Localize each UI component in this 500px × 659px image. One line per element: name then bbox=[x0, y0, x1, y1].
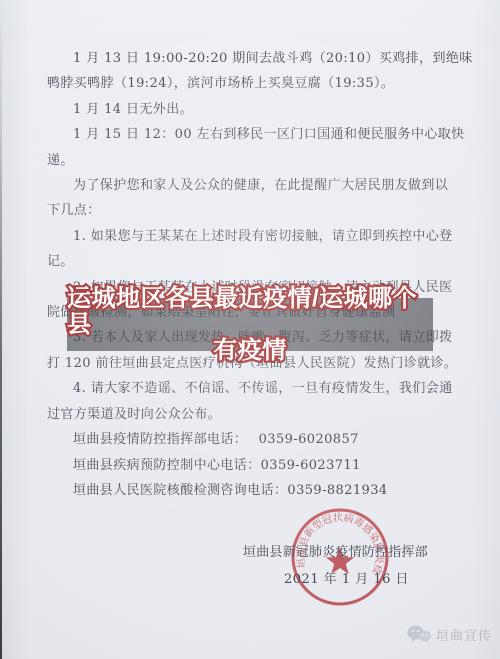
document-line: 1. 如果您与王某某在上述时段有密切接触，请立即到疾控中心登 bbox=[47, 224, 462, 249]
photo-edge bbox=[0, 0, 2, 659]
notice-body: 1 月 13 日 19:00-20:20 期间去战斗鸡（20:10）买鸡排，到绝… bbox=[47, 46, 462, 503]
document-line: 1 月 14 日无外出。 bbox=[47, 97, 462, 122]
stamp-issuer: 垣曲县新冠肺炎疫情防控指挥部 bbox=[243, 541, 433, 560]
wechat-icon bbox=[406, 624, 432, 644]
document-line: 垣曲县疫情防控指挥部电话： 0359-6020857 bbox=[47, 427, 462, 452]
document-line: 为了保护您和家人及公众的健康，在此提醒广大居民朋友做到以 bbox=[47, 173, 462, 198]
document-line: 递。 bbox=[47, 148, 462, 173]
headline-text: 有疫情 bbox=[213, 337, 287, 364]
document-line: 鸭脖买鸭脖（19:24），滨河市场桥上买臭豆腐（19:35）。 bbox=[47, 71, 462, 96]
document-line: 1 月 15 日 12：00 左右到移民一区门口国通和便民服务中心取快 bbox=[47, 122, 462, 147]
notice-photo: 1 月 13 日 19:00-20:20 期间去战斗鸡（20:10）买鸡排，到绝… bbox=[0, 0, 500, 659]
document-line: 记。 bbox=[47, 249, 462, 274]
watermark: 垣曲宣传 bbox=[406, 624, 492, 644]
headline-line-1: 运城地区各县最近疫情/运城哪个县 运城地区各县最近疫情/运城哪个县 bbox=[67, 286, 433, 338]
document-line: 过官方渠道及时向公众公布。 bbox=[47, 402, 462, 427]
watermark-label: 垣曲宣传 bbox=[436, 625, 492, 644]
document-line: 垣曲县疾病预防控制中心电话：0359-6023711 bbox=[47, 453, 462, 478]
document-line: 下几点： bbox=[47, 198, 462, 223]
headline-line-2: 有疫情 有疫情 bbox=[213, 338, 287, 364]
document-line: 垣曲县人民医院核酸检测咨询电话：0359-8821934 bbox=[47, 478, 462, 503]
document-line: 4. 请大家不造谣、不信谣、不传谣，一旦有疫情发生，我们会通 bbox=[47, 376, 462, 401]
document-line: 1 月 13 日 19:00-20:20 期间去战斗鸡（20:10）买鸡排，到绝… bbox=[47, 46, 462, 71]
stamp-date: 2021 年 1 月 16 日 bbox=[284, 568, 404, 587]
headline-banner: 运城地区各县最近疫情/运城哪个县 运城地区各县最近疫情/运城哪个县 有疫情 有疫… bbox=[67, 298, 433, 351]
